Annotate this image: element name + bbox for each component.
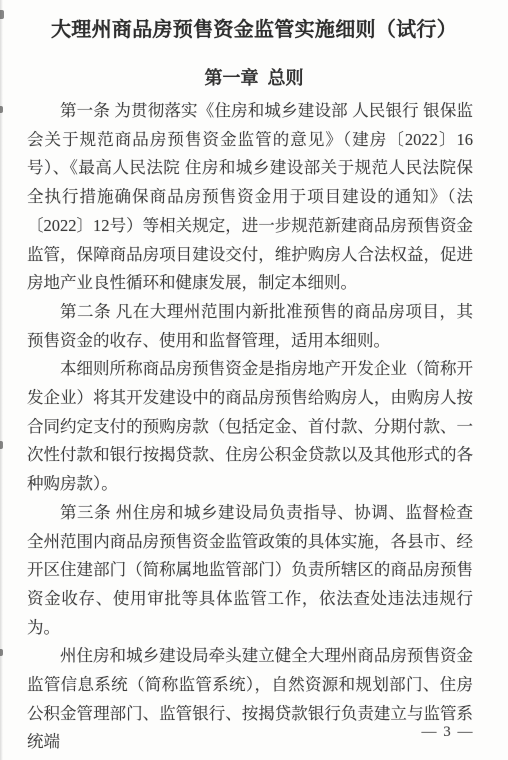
document-body: 第一条 为贯彻落实《住房和城乡建设部 人民银行 银保监会关于规范商品房预售资金监… — [27, 97, 473, 757]
scan-artifact — [0, 649, 3, 656]
document-page: 大理州商品房预售资金监管实施细则（试行） 第一章 总则 第一条 为贯彻落实《住房… — [0, 0, 508, 760]
chapter-heading: 第一章 总则 — [0, 64, 508, 90]
page-number: — 3 — — [422, 724, 475, 741]
scan-artifact — [0, 441, 3, 449]
paragraph-article-1: 第一条 为贯彻落实《住房和城乡建设部 人民银行 银保监会关于规范商品房预售资金监… — [27, 97, 473, 298]
paragraph-article-3: 第三条 州住房和城乡建设局负责指导、协调、监督检查全州范围内商品房预售资金监管政… — [27, 499, 473, 643]
document-title: 大理州商品房预售资金监管实施细则（试行） — [0, 13, 508, 42]
paragraph-article-2: 第二条 凡在大理州范围内新批准预售的商品房项目，其预售资金的收存、使用和监督管理… — [27, 298, 473, 355]
scan-edge-streak — [0, 0, 3, 760]
scan-artifact — [0, 106, 3, 113]
paragraph-definition: 本细则所称商品房预售资金是指房地产开发企业（简称开发企业）将其开发建设中的商品房… — [27, 355, 473, 499]
paragraph-supervision-system: 州住房和城乡建设局牵头建立健全大理州商品房预售资金监管信息系统（简称监管系统），… — [27, 642, 473, 757]
